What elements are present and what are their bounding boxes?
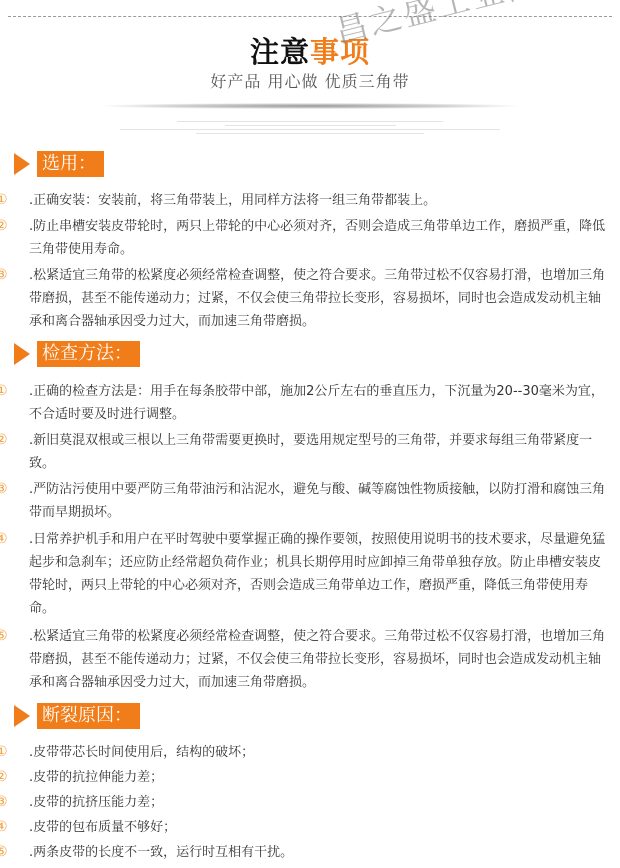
shadow-divider (100, 103, 520, 109)
list-item: ⑤.松紧适宜三角带的松紧度必须经常检查调整，使之符合要求。三角带过松不仅容易打滑… (12, 625, 606, 694)
circled-number: ③ (12, 264, 29, 287)
list-item: ④.日常养护机手和用户在平时驾驶中要掌握正确的操作要领，按照使用说明书的技术要求… (12, 528, 606, 620)
item-text: 皮带带芯长时间使用后，结构的破坏； (33, 745, 254, 760)
play-arrow-icon (14, 343, 30, 365)
list-item: ②.皮带的抗拉伸能力差； (12, 766, 606, 789)
circled-number: ⑤ (12, 841, 29, 864)
list-item: ②.新旧莫混双根或三根以上三角带需要更换时，要选用规定型号的三角带，并要求每组三… (12, 429, 606, 475)
section-badge: 断裂原因： (37, 703, 140, 729)
circled-number: ① (12, 741, 29, 764)
circled-number: ② (12, 429, 29, 452)
section-heading-fracture-causes: 断裂原因： (14, 703, 140, 729)
circled-number: ③ (12, 478, 29, 501)
circled-number: ② (12, 766, 29, 789)
list-item: ②.防止串槽安装皮带轮时，两只上带轮的中心必须对齐，否则会造成三角带单边工作，磨… (12, 215, 606, 261)
list-item: ④.皮带的包布质量不够好； (12, 816, 606, 839)
page-subtitle: 好产品 用心做 优质三角带 (0, 72, 620, 92)
section-badge: 检查方法： (37, 341, 140, 367)
list-item: ①.正确安装：安装前，将三角带装上，用同样方法将一组三角带都装上。 (12, 189, 606, 212)
item-text: 日常养护机手和用户在平时驾驶中要掌握正确的操作要领，按照使用说明书的技术要求，尽… (29, 532, 605, 616)
circled-number: ④ (12, 816, 29, 839)
item-text: 正确的检查方法是：用手在每条胶带中部，施加2公斤左右的垂直压力，下沉量为20--… (29, 384, 604, 422)
decorative-fine-text (120, 118, 500, 137)
circled-number: ② (12, 215, 29, 238)
page-title: 注意事项 (0, 34, 620, 70)
item-text: 新旧莫混双根或三根以上三角带需要更换时，要选用规定型号的三角带，并要求每组三角带… (29, 433, 592, 471)
circled-number: ④ (12, 528, 29, 551)
play-arrow-icon (14, 705, 30, 727)
list-item: ③.皮带的抗挤压能力差； (12, 791, 606, 814)
item-text: 防止串槽安装皮带轮时，两只上带轮的中心必须对齐，否则会造成三角带单边工作，磨损严… (29, 219, 605, 257)
title-part-black: 注意 (250, 35, 310, 69)
list-item: ①.正确的检查方法是：用手在每条胶带中部，施加2公斤左右的垂直压力，下沉量为20… (12, 380, 606, 426)
item-text: 严防沾污使用中要严防三角带油污和沾泥水，避免与酸、碱等腐蚀性物质接触，以防打滑和… (29, 482, 605, 520)
circled-number: ③ (12, 791, 29, 814)
item-text: 松紧适宜三角带的松紧度必须经常检查调整，使之符合要求。三角带过松不仅容易打滑，也… (29, 268, 605, 329)
list-item: ①.皮带带芯长时间使用后，结构的破坏； (12, 741, 606, 764)
item-text: 皮带的包布质量不够好； (33, 820, 176, 835)
circled-number: ① (12, 189, 29, 212)
list-item: ③.严防沾污使用中要严防三角带油污和沾泥水，避免与酸、碱等腐蚀性物质接触，以防打… (12, 478, 606, 524)
item-text: 皮带的抗拉伸能力差； (33, 770, 163, 785)
section-heading-selection: 选用： (14, 151, 104, 177)
item-text: 松紧适宜三角带的松紧度必须经常检查调整，使之符合要求。三角带过松不仅容易打滑，也… (29, 629, 605, 690)
list-item: ③.松紧适宜三角带的松紧度必须经常检查调整，使之符合要求。三角带过松不仅容易打滑… (12, 264, 606, 333)
circled-number: ① (12, 380, 29, 403)
list-item: ⑤.两条皮带的长度不一致，运行时互相有干扰。 (12, 841, 606, 864)
top-dashed-border (8, 16, 612, 17)
section-heading-inspection: 检查方法： (14, 341, 140, 367)
play-arrow-icon (14, 153, 30, 175)
section-badge: 选用： (37, 151, 104, 177)
item-text: 皮带的抗挤压能力差； (33, 795, 163, 810)
item-text: 两条皮带的长度不一致，运行时互相有干扰。 (33, 845, 293, 860)
item-text: 正确安装：安装前，将三角带装上，用同样方法将一组三角带都装上。 (33, 193, 436, 208)
circled-number: ⑤ (12, 625, 29, 648)
